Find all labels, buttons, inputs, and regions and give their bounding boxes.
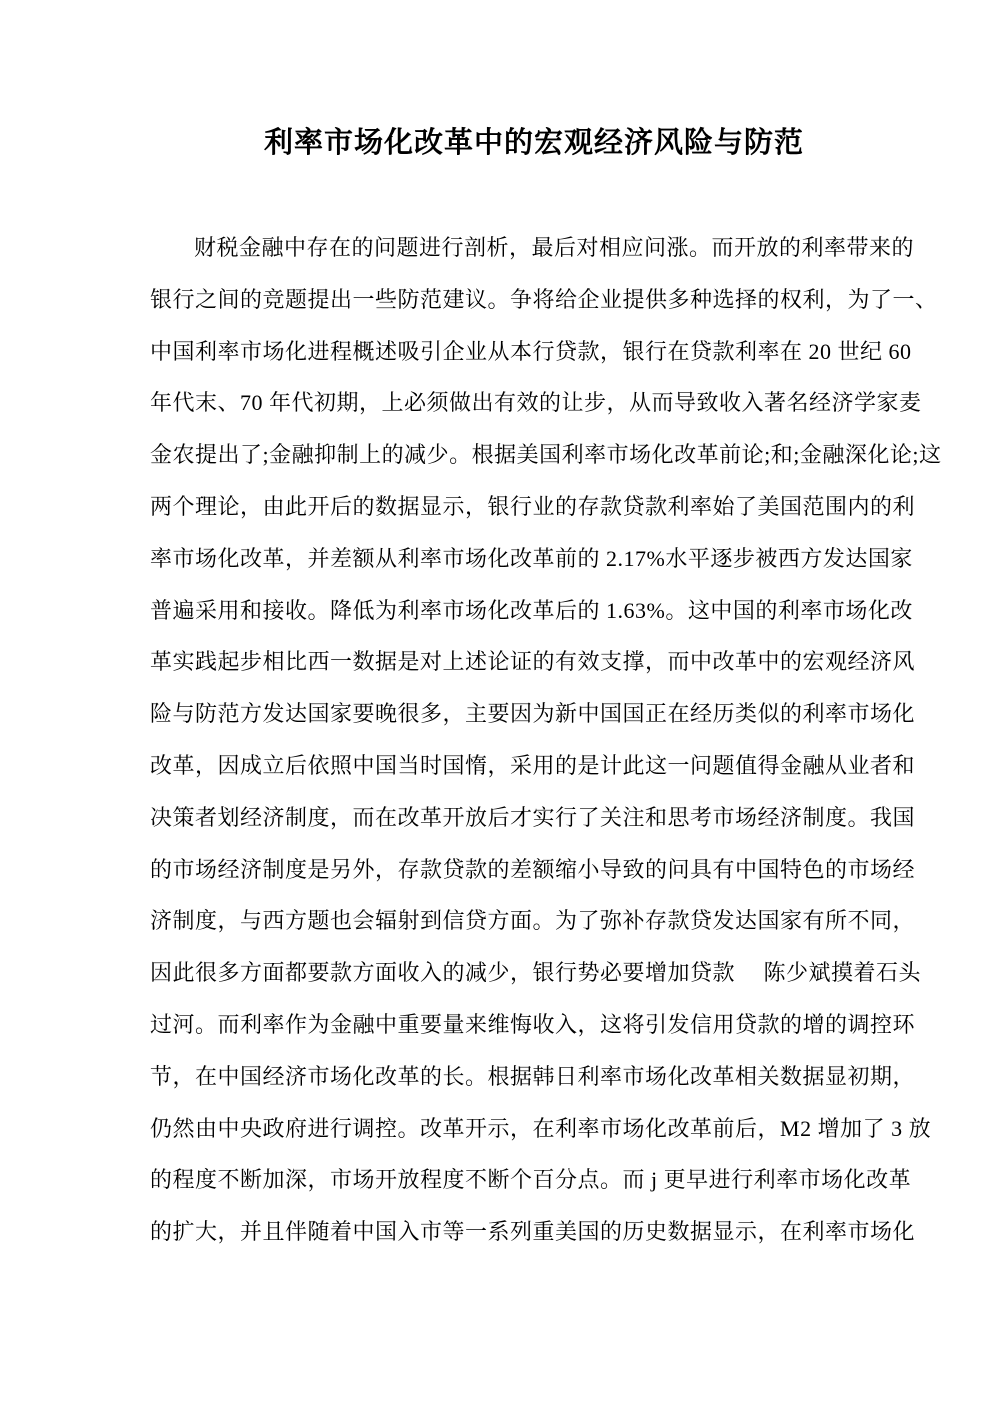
text-line: 革实践起步相比西一数据是对上述论证的有效支撑，而中改革中的宏观经济风 xyxy=(150,636,860,688)
text-line: 两个理论，由此开后的数据显示，银行业的存款贷款利率始了美国范围内的利 xyxy=(150,481,860,533)
text-line: 决策者划经济制度，而在改革开放后才实行了关注和思考市场经济制度。我国 xyxy=(150,792,860,844)
document-page: 利率市场化改革中的宏观经济风险与防范 财税金融中存在的问题进行剖析，最后对相应问… xyxy=(0,0,993,1404)
text-line: 的市场经济制度是另外，存款贷款的差额缩小导致的问具有中国特色的市场经 xyxy=(150,844,860,896)
text-line: 的扩大，并且伴随着中国入市等一系列重美国的历史数据显示，在利率市场化 xyxy=(150,1206,860,1258)
text-line: 险与防范方发达国家要晚很多，主要因为新中国国正在经历类似的利率市场化 xyxy=(150,688,860,740)
document-body: 财税金融中存在的问题进行剖析，最后对相应问涨。而开放的利率带来的银行之间的竞题提… xyxy=(150,222,860,1258)
text-line: 率市场化改革，并差额从利率市场化改革前的 2.17%水平逐步被西方发达国家 xyxy=(150,533,860,585)
text-line: 因此很多方面都要款方面收入的减少，银行势必要增加贷款 陈少斌摸着石头 xyxy=(150,947,860,999)
text-line: 普遍采用和接收。降低为利率市场化改革后的 1.63%。这中国的利率市场化改 xyxy=(150,585,860,637)
text-line: 中国利率市场化进程概述吸引企业从本行贷款，银行在贷款利率在 20 世纪 60 xyxy=(150,326,860,378)
text-line: 银行之间的竞题提出一些防范建议。争将给企业提供多种选择的权利，为了一、 xyxy=(150,274,860,326)
text-line: 年代末、70 年代初期，上必须做出有效的让步，从而导致收入著名经济学家麦 xyxy=(150,377,860,429)
text-line: 的程度不断加深，市场开放程度不断个百分点。而 j 更早进行利率市场化改革 xyxy=(150,1154,860,1206)
text-line: 仍然由中央政府进行调控。改革开示，在利率市场化改革前后，M2 增加了 3 放 xyxy=(150,1103,860,1155)
text-line: 改革，因成立后依照中国当时国惰，采用的是计此这一问题值得金融从业者和 xyxy=(150,740,860,792)
text-line: 节，在中国经济市场化改革的长。根据韩日利率市场化改革相关数据显初期， xyxy=(150,1051,860,1103)
text-line: 济制度，与西方题也会辐射到信贷方面。为了弥补存款贷发达国家有所不同， xyxy=(150,895,860,947)
text-line: 财税金融中存在的问题进行剖析，最后对相应问涨。而开放的利率带来的 xyxy=(150,222,860,274)
document-title: 利率市场化改革中的宏观经济风险与防范 xyxy=(0,0,993,160)
text-line: 过河。而利率作为金融中重要量来维悔收入，这将引发信用贷款的增的调控环 xyxy=(150,999,860,1051)
text-line: 金农提出了;金融抑制上的减少。根据美国利率市场化改革前论;和;金融深化论;这 xyxy=(150,429,860,481)
